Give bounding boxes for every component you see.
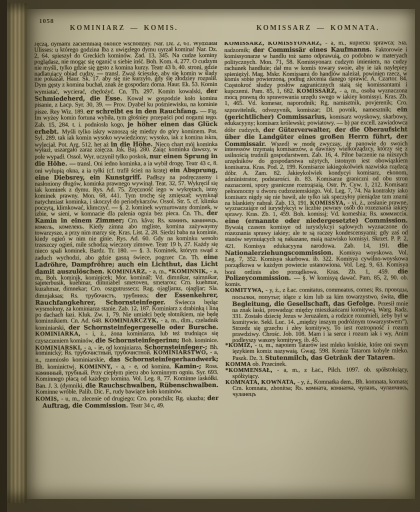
- dictionary-entry: KOMIS, - u, m., zlecenie od drugiego; Cr…: [35, 396, 218, 410]
- dictionary-entry: *KOMIZ, - u, m., napoiem Tatarów iest ml…: [225, 344, 408, 363]
- dictionary-entry: KOMITYWA, - y, ż., z Łac. comitatus, com…: [225, 289, 408, 345]
- header-right-half: KOMISSARZ — KOMNATA.: [221, 17, 415, 35]
- running-head-left: KOMINIARZ — KOMIS.: [70, 24, 178, 32]
- left-column: Jęczą, dymami zaciemniaią okolice wschod…: [34, 42, 219, 487]
- entry-text: Crn. kåva; Rs. каминъ, каминецъ, комель,…: [35, 218, 218, 261]
- entry-text: Padłszy na podręcznemy i nasłoniony dług…: [35, 175, 218, 218]
- entry-text: Teatr 34 c, 49.: [130, 403, 164, 409]
- header-left-half: 1058 KOMINIARZ — KOMIS.: [27, 17, 221, 35]
- dictionary-page: 1058 KOMINIARZ — KOMIS. KOMISSARZ — KOMN…: [27, 9, 415, 499]
- text-columns: Jęczą, dymami zaciemniaią okolice wschod…: [26, 34, 416, 486]
- entry-headword: KOMITYWA,: [225, 288, 265, 294]
- entry-text: Wszedł w modę zwyczay, że panowie do swo…: [225, 141, 408, 207]
- running-head-right: KOMISSARZ — KOMNATA.: [256, 24, 379, 32]
- right-column: KOMISSARZ, KOMISSYONARZ, - a, m., kupiec…: [224, 41, 409, 486]
- dictionary-entry: KOMISSARZ, KOMISSYONARZ, - a, m., kupiec…: [224, 41, 408, 289]
- entry-text: Kominne wróble. Palib. Dic. F., rudy baw…: [35, 389, 182, 396]
- scanned-book-page: 1058 KOMINIARZ — KOMIS. KOMISSARZ — KOMN…: [0, 0, 420, 512]
- entry-text: Bywaią czasem komisye od iurysdykcyi sąd…: [225, 225, 408, 250]
- dictionary-entry: Jęczą, dymami zaciemniaią okolice wschod…: [34, 42, 218, 396]
- entry-text: Jęczą, dymami zaciemniaią okolice wschod…: [34, 42, 217, 96]
- page-number: 1058: [39, 18, 54, 25]
- running-head-row: 1058 KOMINIARZ — KOMIS. KOMISSARZ — KOMN…: [27, 9, 415, 35]
- entry-text: Przesił mnie na znak łaski, prowadząc mi…: [232, 301, 408, 343]
- entry-headword: KOMINIARKA,: [35, 331, 85, 337]
- book-gutter-page-edges: [7, 3, 27, 503]
- dictionary-entry: KOMNATA, KOWNATA, - y, ż., Komnatka dem.…: [225, 380, 408, 398]
- scan-border-left: [0, 0, 7, 512]
